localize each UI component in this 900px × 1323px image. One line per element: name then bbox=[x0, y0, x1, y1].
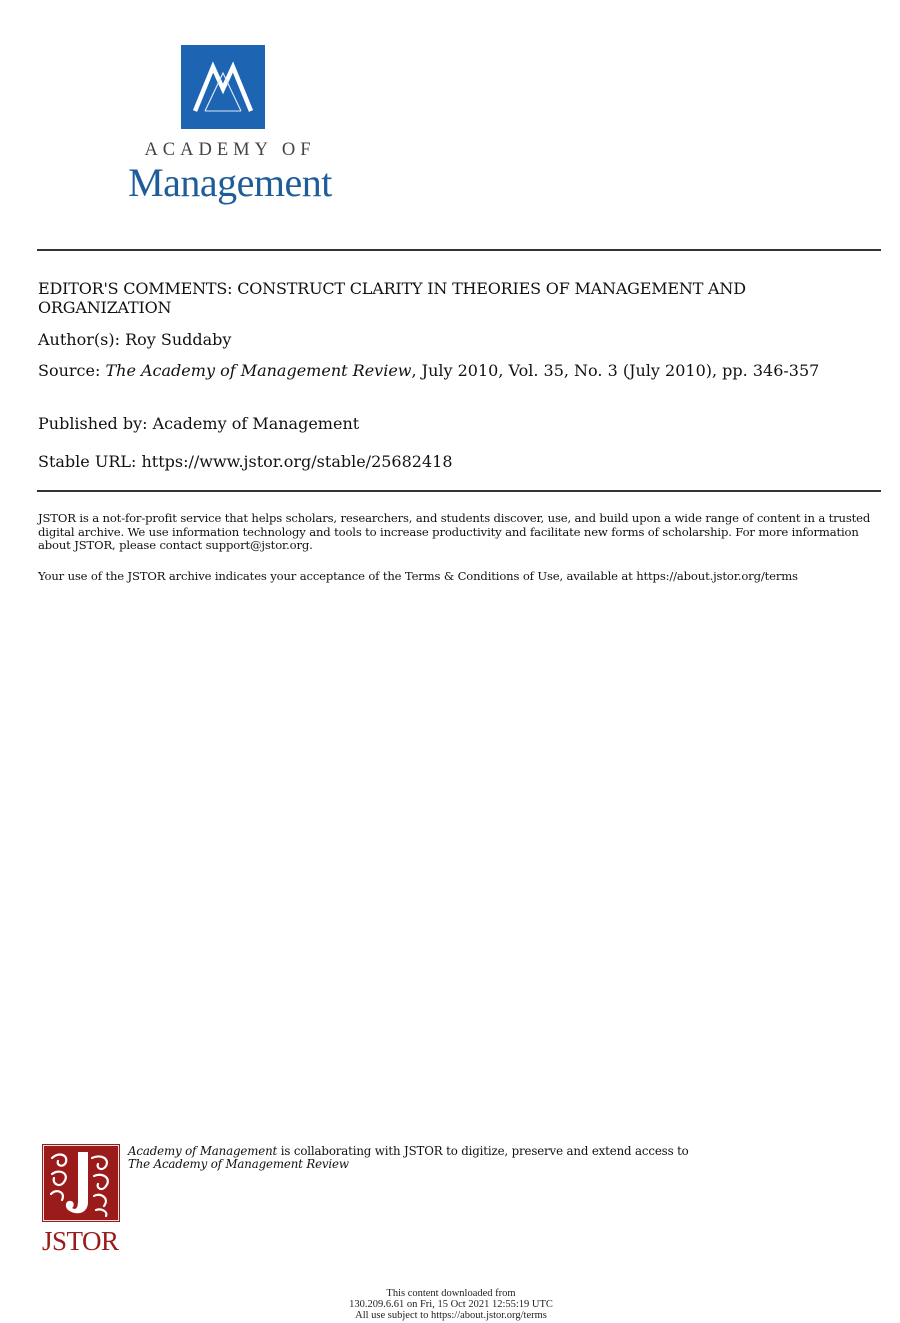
jstor-wordmark: JSTOR bbox=[42, 1226, 122, 1257]
author-name: Roy Suddaby bbox=[125, 330, 231, 349]
logo-top-line: ACADEMY OF bbox=[120, 140, 340, 161]
source-journal: The Academy of Management Review bbox=[105, 361, 411, 380]
academy-of-management-logo: ACADEMY OF Management bbox=[110, 44, 350, 214]
article-author: Author(s): Roy Suddaby bbox=[38, 330, 878, 349]
author-label: Author(s): bbox=[38, 330, 120, 349]
publisher-name: Academy of Management bbox=[153, 414, 360, 433]
footer-line-1: This content downloaded from bbox=[2, 1288, 900, 1299]
stable-url-link[interactable]: https://www.jstor.org/stable/25682418 bbox=[141, 452, 452, 471]
collaboration-statement: Academy of Management is collaborating w… bbox=[128, 1145, 848, 1171]
collab-journal: The Academy of Management Review bbox=[128, 1157, 349, 1171]
divider-bottom bbox=[37, 490, 881, 492]
article-title: EDITOR'S COMMENTS: CONSTRUCT CLARITY IN … bbox=[38, 279, 878, 317]
article-source: Source: The Academy of Management Review… bbox=[38, 362, 878, 379]
footer-line-3: All use subject to https://about.jstor.o… bbox=[2, 1310, 900, 1321]
terms-notice-paragraph: Your use of the JSTOR archive indicates … bbox=[38, 570, 883, 584]
divider-top bbox=[37, 249, 881, 251]
collab-publisher: Academy of Management bbox=[128, 1144, 277, 1158]
logo-main-word: Management bbox=[110, 159, 350, 206]
collab-text: is collaborating with JSTOR to digitize,… bbox=[277, 1144, 688, 1158]
stable-url-label: Stable URL: bbox=[38, 452, 136, 471]
article-stable-url: Stable URL: https://www.jstor.org/stable… bbox=[38, 452, 878, 471]
source-label: Source: bbox=[38, 361, 100, 380]
jstor-ornament-icon bbox=[42, 1144, 120, 1222]
jstor-logo: JSTOR bbox=[42, 1144, 122, 1257]
publisher-label: Published by: bbox=[38, 414, 148, 433]
download-footer: This content downloaded from 130.209.6.6… bbox=[0, 1288, 900, 1321]
aom-mountain-icon bbox=[181, 45, 265, 129]
jstor-notice-paragraph: JSTOR is a not-for-profit service that h… bbox=[38, 512, 883, 553]
article-publisher: Published by: Academy of Management bbox=[38, 414, 878, 433]
footer-line-2: 130.209.6.61 on Fri, 15 Oct 2021 12:55:1… bbox=[2, 1299, 900, 1310]
source-details: , July 2010, Vol. 35, No. 3 (July 2010),… bbox=[411, 361, 819, 380]
